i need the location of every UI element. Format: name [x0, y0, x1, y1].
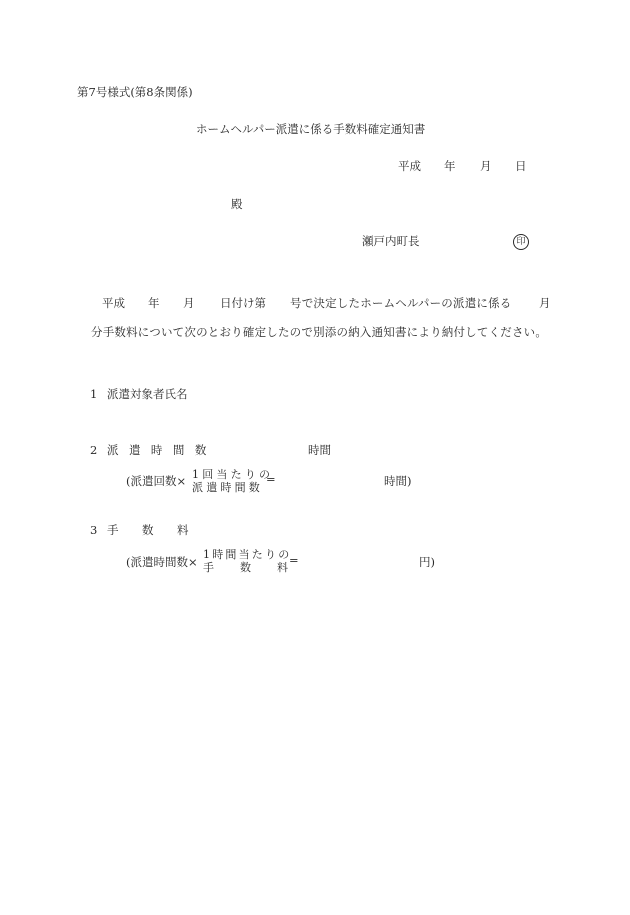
item-1-number: 1 [90, 389, 97, 401]
document-title: ホームヘルパー派遣に係る手数料確定通知書 [196, 124, 425, 136]
item-3-label-char-3: 料 [177, 525, 189, 537]
date-year-unit: 年 [444, 161, 456, 173]
item-2-label: 派 遣 時 間 数 [107, 445, 210, 457]
body-decision-text: 号で決定したホームヘルパーの派遣に係る [290, 298, 512, 310]
item-3-fraction: 1時間当たりの 手 数 料 [203, 549, 293, 575]
item-3-number: 3 [90, 525, 97, 537]
item-3-equals: = [289, 555, 299, 567]
item-2-unit-close: 時間) [384, 476, 412, 488]
item-2-fraction: 1回当たりの 派遣時間数 [192, 469, 273, 494]
item-2-numerator: 1回当たりの [192, 469, 273, 482]
issuer-name: 瀬戸内町長 [362, 236, 420, 248]
body-dated-no: 日付け第 [220, 298, 266, 310]
item-2-number: 2 [90, 445, 97, 457]
seal-label: 印 [516, 238, 525, 247]
item-1-label: 派遣対象者氏名 [107, 389, 188, 401]
date-day-unit: 日 [515, 161, 527, 173]
body-month-unit-2: 月 [539, 298, 551, 310]
item-3-denominator: 手 数 料 [203, 562, 293, 575]
body-month-unit: 月 [183, 298, 195, 310]
item-3-label-char-2: 数 [142, 525, 154, 537]
body-era: 平成 [102, 298, 125, 310]
document-page: { "header": { "form_number": "第7号様式(第8条関… [0, 0, 630, 915]
date-month-unit: 月 [480, 161, 492, 173]
item-2-unit: 時間 [308, 445, 331, 457]
addressee-honorific: 殿 [231, 199, 243, 211]
form-number: 第7号様式(第8条関係) [77, 87, 193, 99]
body-year-unit: 年 [148, 298, 160, 310]
item-3-denominator-char-2: 数 [240, 562, 251, 575]
item-3-numerator: 1時間当たりの [203, 549, 293, 562]
item-2-denominator: 派遣時間数 [192, 482, 273, 495]
item-3-denominator-char-3: 料 [277, 562, 288, 575]
item-2-formula-open: (派遣回数× [126, 476, 186, 488]
item-3-unit-close: 円) [419, 557, 435, 569]
item-3-denominator-char-1: 手 [203, 562, 214, 575]
item-3-formula-open: (派遣時間数× [126, 557, 198, 569]
item-2-equals: = [266, 474, 276, 486]
body-line-2: 分手数料について次のとおり確定したので別添の納入通知書により納付してください。 [91, 327, 547, 339]
seal-icon: 印 [513, 234, 529, 250]
item-3-label-char-1: 手 [107, 525, 119, 537]
date-era: 平成 [398, 161, 421, 173]
